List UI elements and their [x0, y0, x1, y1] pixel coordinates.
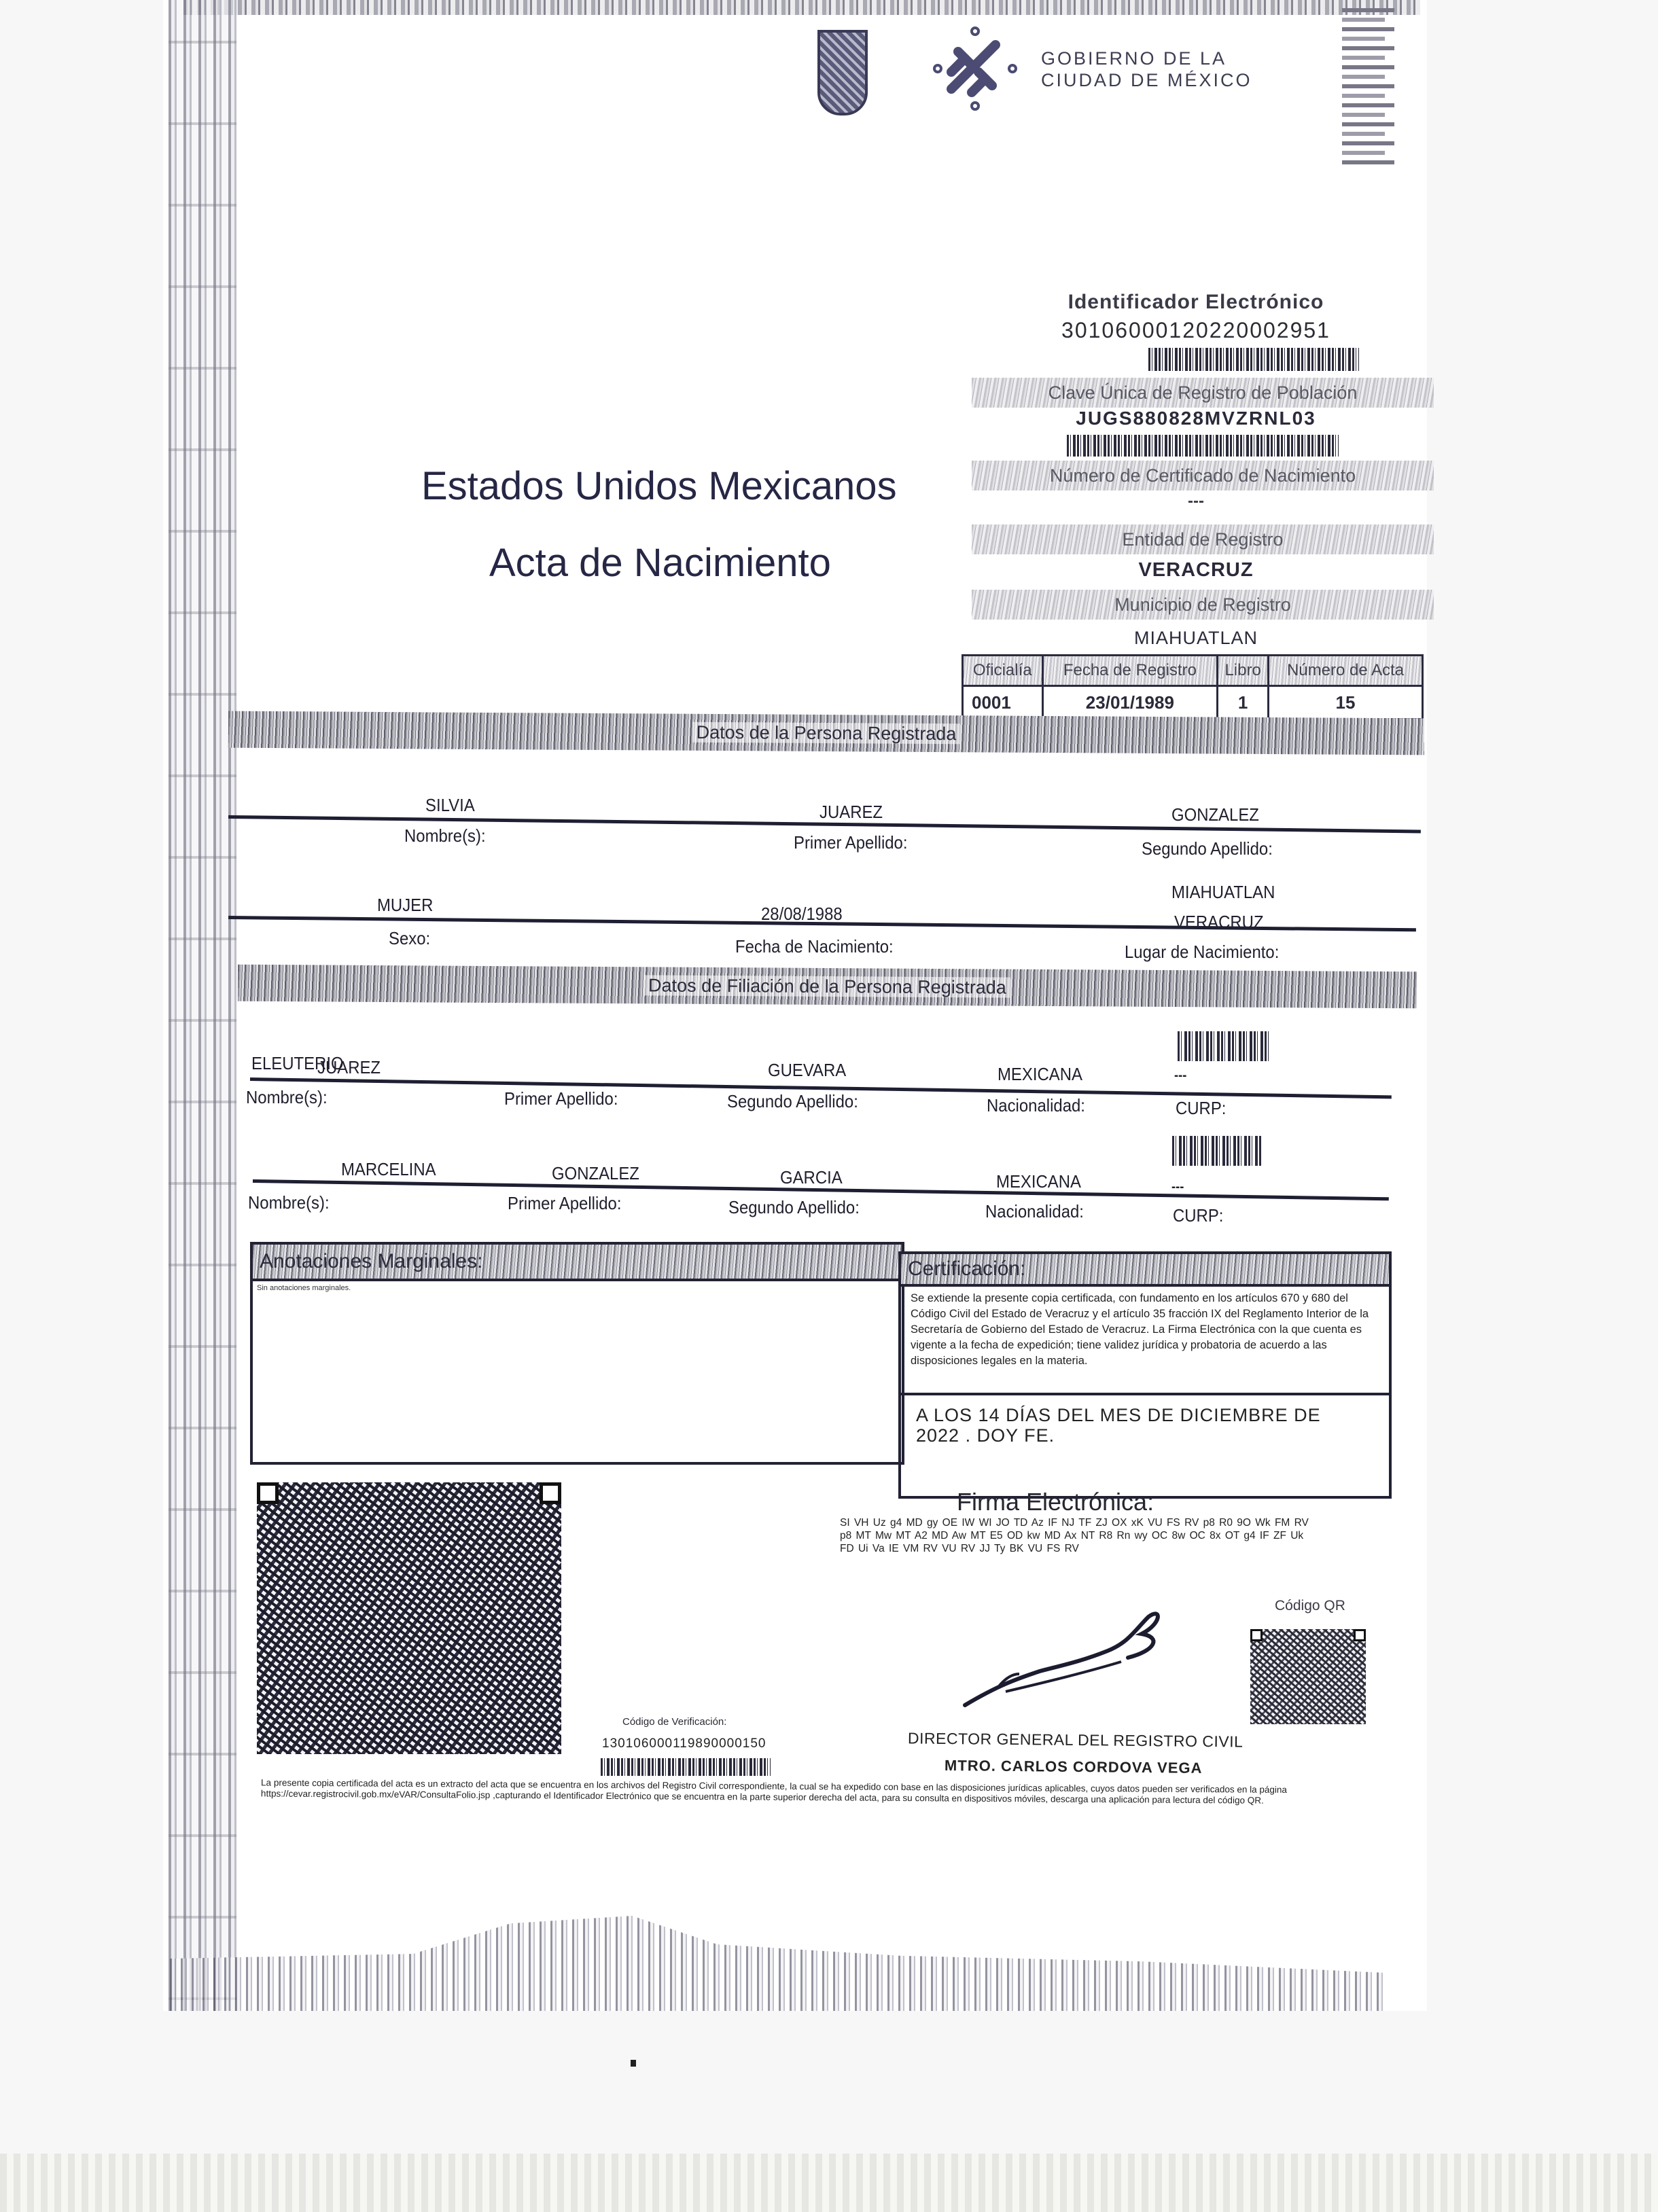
director-title: DIRECTOR GENERAL DEL REGISTRO CIVIL	[908, 1729, 1243, 1751]
section-title: Datos de la Persona Registrada	[692, 722, 961, 744]
government-name: GOBIERNO DE LA CIUDAD DE MÉXICO	[1041, 48, 1252, 91]
certification-title: Certificación:	[901, 1254, 1389, 1287]
oficialia-value: 0001	[963, 686, 1043, 719]
fecha-registro-value: 23/01/1989	[1042, 686, 1218, 719]
birth-date-label: Fecha de Nacimiento:	[735, 936, 894, 957]
director-name: MTRO. CARLOS CORDOVA VEGA	[945, 1757, 1203, 1777]
entity-label: Entidad de Registro	[972, 524, 1434, 554]
coat-of-arms-icon	[817, 30, 868, 115]
parent-2-nationality-label: Nacionalidad:	[985, 1201, 1084, 1222]
header-libro: Libro	[1218, 656, 1269, 686]
electronic-signature-string: SI VH Uz g4 MD gy OE IW WI JO TD Az IF N…	[840, 1516, 1316, 1555]
parent-1-second-surname: GUEVARA	[768, 1060, 846, 1081]
parent-2-nationality: MEXICANA	[996, 1171, 1081, 1192]
background-surface	[0, 2154, 1658, 2212]
marginal-annotations-box: Anotaciones Marginales: Sin anotaciones …	[250, 1242, 904, 1465]
cdmx-logo-icon	[931, 24, 1019, 113]
electronic-id-label: Identificador Electrónico	[972, 291, 1420, 314]
libro-value: 1	[1218, 686, 1269, 719]
parent-2-curp-label: CURP:	[1173, 1205, 1223, 1226]
numero-acta-value: 15	[1269, 686, 1423, 719]
government-line-1: GOBIERNO DE LA	[1041, 48, 1252, 69]
header-fecha-registro: Fecha de Registro	[1042, 656, 1218, 686]
document-title: Acta de Nacimiento	[489, 540, 831, 586]
qr-code-label: Código QR	[1275, 1598, 1345, 1614]
birth-certificate-value: ---	[972, 492, 1420, 511]
parent-1-first-surname-label: Primer Apellido:	[504, 1088, 618, 1109]
parent-2-first-surname-label: Primer Apellido:	[508, 1193, 622, 1214]
parent-2-name: MARCELINA	[341, 1159, 436, 1180]
curp-label-band: Clave Única de Registro de Población	[972, 378, 1434, 408]
government-line-2: CIUDAD DE MÉXICO	[1041, 69, 1252, 91]
curp-label: Clave Única de Registro de Población	[972, 378, 1434, 408]
birth-place-label: Lugar de Nacimiento:	[1125, 942, 1279, 963]
parent-1-curp-barcode	[1178, 1031, 1270, 1061]
parent-2-second-surname: GARCIA	[780, 1167, 843, 1188]
parent-1-name-label: Nombre(s):	[246, 1087, 328, 1108]
document-qr-code[interactable]	[257, 1482, 561, 1754]
country-title: Estados Unidos Mexicanos	[421, 463, 897, 509]
second-surname-label: Segundo Apellido:	[1142, 838, 1273, 859]
electronic-id-barcode	[1148, 348, 1359, 371]
registry-table: Oficialía Fecha de Registro Libro Número…	[962, 654, 1424, 720]
first-surname-value: JUAREZ	[819, 802, 883, 823]
section-title: Datos de Filiación de la Persona Registr…	[644, 975, 1010, 997]
parent-1-nationality-label: Nacionalidad:	[987, 1095, 1085, 1116]
parent-2-name-label: Nombre(s):	[248, 1192, 330, 1213]
ornamental-border-top	[183, 0, 1420, 15]
electronic-id-value: 30106000120220002951	[972, 318, 1420, 343]
second-surname-value: GONZALEZ	[1171, 804, 1259, 825]
marginal-annotations-content: Sin anotaciones marginales.	[253, 1281, 902, 1295]
curp-value: JUGS880828MVZRNL03	[972, 408, 1420, 429]
name-label: Nombre(s):	[404, 825, 486, 846]
parent-1-second-surname-label: Segundo Apellido:	[727, 1091, 858, 1112]
birth-place-municipality: MIAHUATLAN	[1171, 882, 1275, 903]
parent-2-first-surname: GONZALEZ	[552, 1163, 639, 1184]
scan-artifact	[631, 2060, 636, 2067]
certification-date-line-1: A LOS 14 DÍAS DEL MES DE DICIEMBRE DE	[916, 1405, 1374, 1425]
certificate-label-band: Número de Certificado de Nacimiento	[972, 461, 1434, 490]
parent-1-nationality: MEXICANA	[998, 1064, 1082, 1085]
parent-2-curp-barcode	[1172, 1136, 1262, 1166]
certification-text: Se extiende la presente copia certificad…	[901, 1287, 1389, 1393]
parent-1-curp-label: CURP:	[1176, 1098, 1226, 1119]
certification-date-line-2: 2022 . DOY FE.	[916, 1425, 1374, 1446]
parent-2-second-surname-label: Segundo Apellido:	[728, 1197, 860, 1218]
parent-2-curp: ---	[1171, 1179, 1184, 1195]
entity-label-band: Entidad de Registro	[972, 524, 1434, 554]
filiation-section-header: Datos de Filiación de la Persona Registr…	[238, 965, 1417, 1009]
parent-1-first-surname: JUAREZ	[317, 1057, 381, 1078]
registry-table-row: 0001 23/01/1989 1 15	[963, 686, 1423, 719]
header-oficialia: Oficialía	[963, 656, 1043, 686]
first-surname-label: Primer Apellido:	[794, 832, 908, 853]
municipality-label: Municipio de Registro	[972, 590, 1434, 620]
entity-value: VERACRUZ	[972, 559, 1420, 582]
name-value: SILVIA	[425, 795, 475, 816]
curp-barcode	[1067, 435, 1339, 457]
ornamental-border-left	[169, 0, 236, 2011]
handwritten-signature-icon	[958, 1603, 1189, 1719]
registry-table-header: Oficialía Fecha de Registro Libro Número…	[963, 656, 1423, 686]
registered-person-section-header: Datos de la Persona Registrada	[228, 711, 1424, 755]
electronic-signature-title: Firma Electrónica:	[957, 1488, 1154, 1516]
sex-label: Sexo:	[389, 928, 430, 949]
verification-barcode	[601, 1758, 771, 1776]
verification-code-value: 130106000119890000150	[602, 1736, 766, 1751]
certification-box: Certificación: Se extiende la presente c…	[898, 1251, 1392, 1499]
header-numero-acta: Número de Acta	[1269, 656, 1423, 686]
sex-value: MUJER	[377, 895, 433, 916]
municipality-value: MIAHUATLAN	[972, 628, 1420, 649]
security-strip	[1342, 8, 1403, 178]
parent-1-curp: ---	[1174, 1068, 1186, 1084]
birth-certificate-label: Número de Certificado de Nacimiento	[972, 461, 1434, 490]
municipality-label-band: Municipio de Registro	[972, 590, 1434, 620]
signature-qr-code[interactable]	[1250, 1629, 1366, 1724]
marginal-annotations-title: Anotaciones Marginales:	[253, 1245, 902, 1281]
verification-code-label: Código de Verificación:	[622, 1716, 726, 1728]
certification-date: A LOS 14 DÍAS DEL MES DE DICIEMBRE DE 20…	[901, 1393, 1389, 1455]
